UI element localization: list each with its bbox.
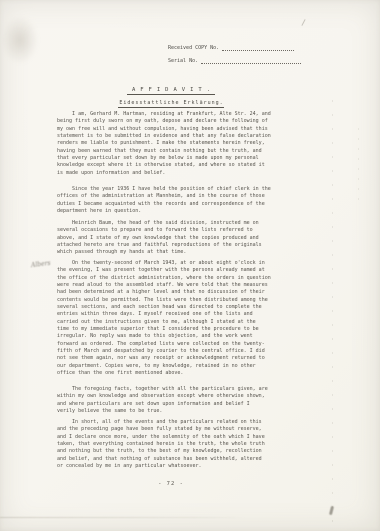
scan-edge-streak xyxy=(0,517,246,518)
document-subtitle: Eidesstattliche Erklärung. xyxy=(57,89,285,108)
paragraph-6: In short, all of the events and the part… xyxy=(57,419,287,470)
paragraph-1: I am, Gerhard M. Hartman, residing at Fr… xyxy=(57,111,287,177)
stamp-line-1-label: Received COPY No. xyxy=(168,45,219,51)
scan-tick-mark xyxy=(301,19,305,26)
scan-crease-short xyxy=(358,128,359,200)
stamp-line-2: Serial No. xyxy=(168,57,301,64)
marginal-annotation: Albers xyxy=(31,260,51,269)
stamp-line-2-dotted-rule xyxy=(201,57,301,64)
scan-fleck-bottom-right xyxy=(329,506,334,515)
document-page: Received COPY No. Serial No. AFFIDAVIT. … xyxy=(0,0,380,531)
paragraph-4: On the twenty-second of March 1943, at o… xyxy=(57,260,287,378)
scan-crease-vertical xyxy=(332,100,333,522)
stamp-line-1: Received COPY No. xyxy=(168,44,294,51)
paragraph-3: Heinrich Baum, the head of the said divi… xyxy=(57,220,287,257)
paragraph-5: The foregoing facts, together with all t… xyxy=(57,386,287,415)
stamp-line-1-dotted-rule xyxy=(222,44,294,51)
scan-smudge-top-left xyxy=(2,16,38,64)
page-number: - 72 - xyxy=(57,481,285,487)
paragraph-2: Since the year 1936 I have held the posi… xyxy=(57,186,287,215)
stamp-line-2-label: Serial No. xyxy=(168,58,198,64)
